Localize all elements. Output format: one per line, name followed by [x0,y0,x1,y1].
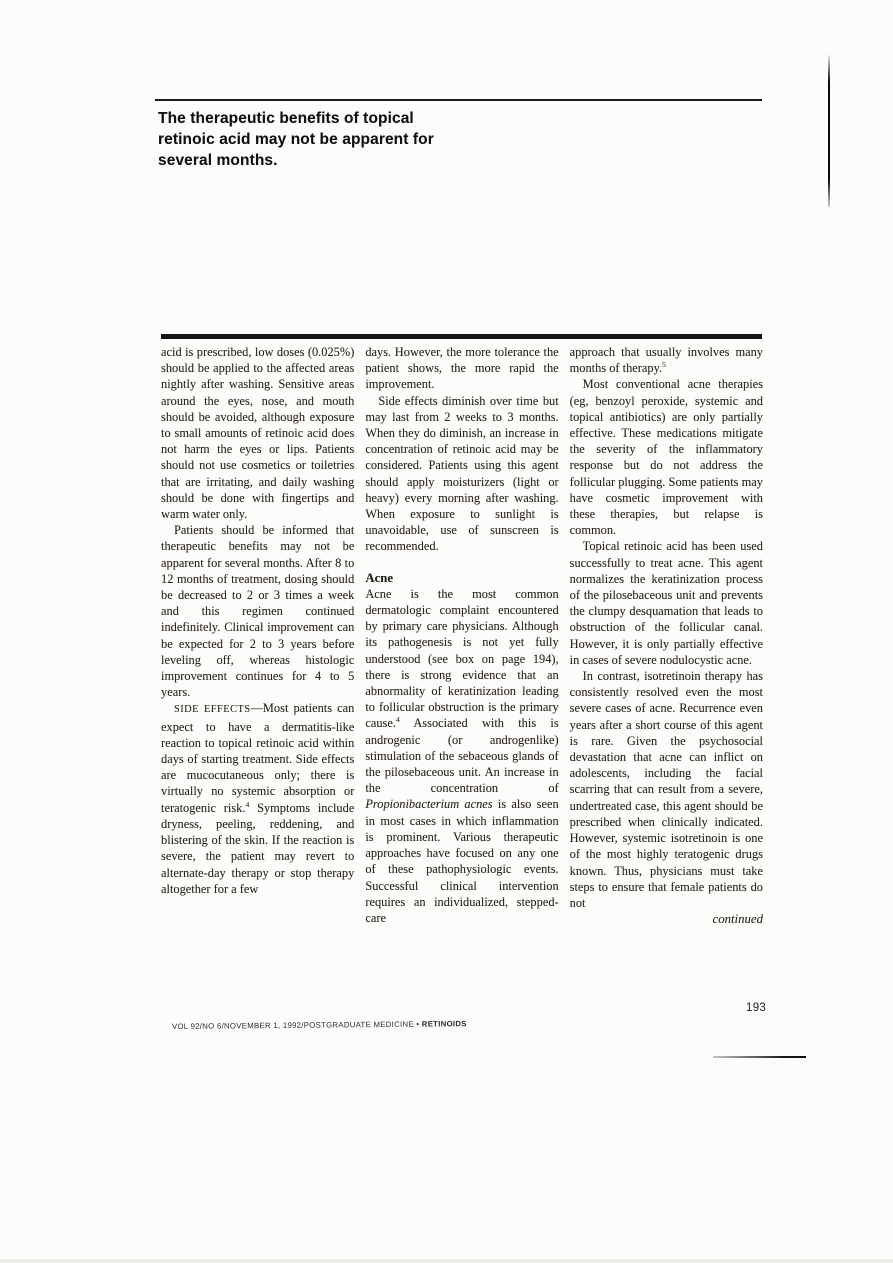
text-run: —Most patients can expect to have a derm… [161,701,354,814]
headline-line: The therapeutic benefits of topical [158,108,488,129]
scan-artifact-vertical-line [828,55,830,207]
pull-quote-headline: The therapeutic benefits of topicalretin… [158,108,488,171]
paragraph: Acne is the most common dermatologic com… [365,586,558,926]
text-run: days. However, the more tolerance the pa… [365,345,558,391]
paragraph: Topical retinoic acid has been used succ… [570,538,763,668]
italic-text: Propionibacterium acnes [365,797,492,811]
italic-text: continued [713,912,763,926]
section-divider-bar [161,334,762,339]
scan-edge-shadow [0,1259,893,1263]
text-run: In contrast, isotretinoin therapy has co… [570,669,763,910]
headline-line: retinoic acid may not be apparent for [158,129,488,150]
text-run: Acne [365,571,393,585]
footnote-reference: 5 [662,360,666,369]
headline-line: several months. [158,150,488,171]
article-column-2: days. However, the more tolerance the pa… [365,344,558,927]
citation-text: VOL 92/NO 6/NOVEMBER 1, 1992/POSTGRADUAT… [172,1020,422,1031]
article-column-1: acid is prescribed, low doses (0.025%) s… [161,344,354,927]
text-run: is also seen in most cases in which infl… [365,797,558,924]
smallcaps-lead-in: SIDE EFFECTS [174,704,251,715]
paragraph: approach that usually involves many mont… [570,344,763,376]
paragraph: Side effects diminish over time but may … [365,393,558,555]
continued-label: continued [570,911,763,927]
paragraph: Most conventional acne therapies (eg, be… [570,376,763,538]
paragraph: In contrast, isotretinoin therapy has co… [570,668,763,911]
text-run: Most conventional acne therapies (eg, be… [570,377,763,537]
page-number: 193 [746,1002,766,1014]
article-column-3: approach that usually involves many mont… [570,344,763,927]
journal-section-name: RETINOIDS [422,1019,467,1028]
paragraph: days. However, the more tolerance the pa… [365,344,558,393]
paragraph: acid is prescribed, low doses (0.025%) s… [161,344,354,522]
scanned-journal-page: The therapeutic benefits of topicalretin… [0,0,893,1263]
text-run: Patients should be informed that therape… [161,523,354,699]
text-run: acid is prescribed, low doses (0.025%) s… [161,345,354,521]
journal-citation: VOL 92/NO 6/NOVEMBER 1, 1992/POSTGRADUAT… [172,1019,467,1031]
text-run: approach that usually involves many mont… [570,345,763,375]
paragraph: SIDE EFFECTS—Most patients can expect to… [161,700,354,896]
article-columns: acid is prescribed, low doses (0.025%) s… [161,344,763,927]
scan-artifact-horizontal-line [713,1056,806,1058]
text-run: Side effects diminish over time but may … [365,394,558,554]
paragraph: Patients should be informed that therape… [161,522,354,700]
headline-rule [155,99,762,101]
section-heading: Acne [365,570,558,586]
text-run: Topical retinoic acid has been used succ… [570,539,763,666]
text-run: Acne is the most common dermatologic com… [365,587,558,731]
